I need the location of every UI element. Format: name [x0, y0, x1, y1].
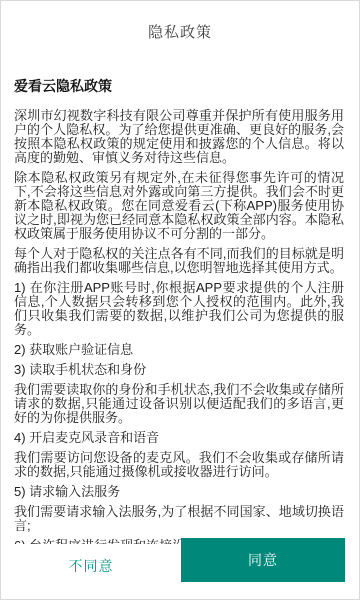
policy-paragraph: 我们需要请求输入法服务,为了根据不同国家、地域切换语言;	[14, 505, 344, 533]
dialog-action-bar: 不同意 同意	[1, 538, 360, 599]
policy-paragraph: 我们需要访问您设备的麦克风。我们不会收集或存储所请求的数据,只能通过摄像机或接收…	[14, 451, 344, 479]
policy-paragraph: 深圳市幻视数字科技有限公司尊重并保护所有使用服务用户的个人隐私权。为了给您提供更…	[14, 109, 344, 165]
policy-paragraph: 每个人对于隐私权的关注点各有不同,而我们的目标就是明确指出我们都收集哪些信息,以…	[14, 247, 344, 275]
agree-button[interactable]: 同意	[181, 538, 345, 582]
policy-item: 5) 请求输入法服务	[14, 485, 344, 499]
policy-paragraph: 除本隐私权政策另有规定外,在未征得您事先许可的情况下,不会将这些信息对外露或向第…	[14, 171, 344, 241]
dialog-title: 隐私政策	[1, 1, 359, 43]
policy-paragraph: 我们需要读取你的身份和手机状态,我们不会收集或存储所请求的数据,只能通过设备识别…	[14, 383, 344, 425]
policy-item: 1) 在你注册APP账号时,你根据APP要求提供的个人注册信息,个人数据只会转移…	[14, 281, 344, 337]
disagree-button[interactable]: 不同意	[1, 544, 181, 588]
policy-item: 2) 获取账户验证信息	[14, 343, 344, 357]
policy-content[interactable]: 爱看云隐私政策 深圳市幻视数字科技有限公司尊重并保护所有使用服务用户的个人隐私权…	[1, 43, 359, 544]
policy-item: 4) 开启麦克风录音和语音	[14, 431, 344, 445]
policy-heading: 爱看云隐私政策	[14, 79, 344, 93]
policy-item: 3) 读取手机状态和身份	[14, 363, 344, 377]
privacy-policy-dialog: 隐私政策 爱看云隐私政策 深圳市幻视数字科技有限公司尊重并保护所有使用服务用户的…	[0, 0, 360, 600]
